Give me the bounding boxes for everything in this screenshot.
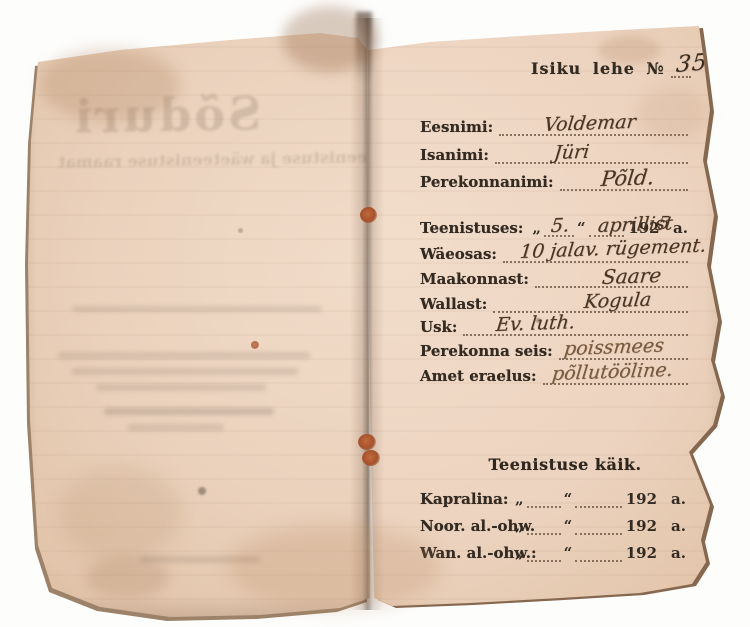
printed-open-quote: „ [512, 519, 527, 535]
rust-speck [251, 341, 259, 349]
bleedthrough-text-line [128, 424, 224, 431]
form-title: Isiku lehe № [531, 61, 665, 78]
field-label: Isanimi: [420, 148, 489, 164]
field-value-handwritten: Voldemar [543, 113, 637, 135]
paper-stain [282, 6, 378, 72]
dotted-line: poissmees [559, 334, 688, 360]
field-value-handwritten: Ev. luth. [495, 313, 576, 335]
printed-open-quote: „ [529, 221, 544, 237]
paper-stain [228, 524, 442, 610]
dotted-line [527, 536, 561, 562]
field-row-waeosas: Wäeosas: 10 jalav. rügement. [420, 239, 688, 263]
field-row-isanimi: Isanimi: Jüri [420, 140, 688, 164]
field-row-perekonnanimi: Perekonnanimi: Põld. [420, 167, 688, 191]
dotted-line: Ev. luth. [463, 310, 688, 336]
bleedthrough-text-line [104, 408, 274, 415]
paper-stain [40, 48, 180, 122]
dotted-line: Saare [535, 262, 688, 288]
printed-year: 192 [622, 492, 657, 508]
rust-staple-stain [362, 450, 380, 466]
rust-staple-stain [358, 434, 376, 450]
printed-open-quote: „ [512, 546, 527, 562]
field-value-handwritten: Jüri [553, 143, 590, 163]
field-row-maakonnast: Maakonnast: Saare [420, 264, 688, 288]
field-label: Usk: [420, 320, 457, 336]
bleedthrough-text-line [96, 384, 266, 391]
dotted-line: Põld. [560, 165, 688, 191]
dotted-line: 356. [671, 52, 691, 78]
field-label: Perekonna seis: [420, 344, 553, 360]
dotted-line [575, 536, 621, 562]
dotted-line [575, 482, 621, 508]
paper-stain [636, 88, 708, 140]
record-row-kapralina: Kapralina: „ “ 192 a. [420, 484, 686, 508]
field-label: Eesnimi: [420, 120, 493, 136]
dotted-line [527, 482, 561, 508]
center-fold-crease [350, 18, 384, 610]
printed-close-quote: “ [561, 546, 576, 562]
field-value-handwritten: poissmees [563, 337, 665, 359]
field-label: Maakonnast: [420, 272, 529, 288]
dark-speck [198, 487, 206, 495]
bleedthrough-text-line [58, 352, 310, 359]
field-value-handwritten: põllutööline. [551, 361, 674, 384]
scanned-booklet: Sõduri teenistuse ja wäeteenistuse raama… [0, 0, 750, 627]
field-label: Teenistuses: [420, 221, 523, 237]
printed-close-quote: “ [561, 519, 576, 535]
printed-close-quote: “ [561, 492, 576, 508]
bleedthrough-text-line [72, 306, 322, 312]
record-label: Noor. al.-ohw. [420, 519, 506, 535]
paper-stain [86, 556, 170, 598]
record-label: Kapralina: [420, 492, 506, 508]
printed-year: 192 [622, 546, 657, 562]
printed-close-quote: “ [574, 221, 589, 237]
record-row-noor-al-ohw: Noor. al.-ohw. „ “ 192 a. [420, 511, 686, 535]
field-value-handwritten: 10 jalav. rügement. [519, 237, 707, 262]
section-title: Teenistuse käik. [430, 455, 700, 474]
dotted-line: 5. [544, 211, 574, 237]
bleedthrough-text-line [72, 368, 298, 375]
paper-stain [598, 36, 660, 64]
dotted-line [575, 509, 621, 535]
printed-year-suffix: a. [657, 546, 686, 562]
field-row-perekonna-seis: Perekonna seis: poissmees [420, 336, 688, 360]
year-digit-handwritten: 5 [656, 215, 670, 233]
dotted-line: 10 jalav. rügement. [503, 237, 688, 263]
dark-speck [536, 318, 541, 323]
record-row-wan-al-ohw: Wan. al.-ohw.: „ “ 192 a. [420, 538, 686, 562]
printed-open-quote: „ [512, 492, 527, 508]
field-value-handwritten: Kogula [583, 291, 652, 312]
field-row-amet-eraelus: Amet eraelus: põllutööline. [420, 361, 688, 385]
field-label: Perekonnanimi: [420, 175, 554, 191]
rust-staple-stain [360, 207, 377, 223]
field-label: Wäeosas: [420, 247, 497, 263]
field-row-usk: Usk: Ev. luth. [420, 312, 688, 336]
dotted-line: aprillist [589, 211, 625, 237]
field-value-handwritten: 5. [550, 216, 570, 236]
field-value-handwritten: Põld. [600, 167, 655, 190]
field-value-handwritten: Saare [601, 265, 662, 287]
field-label: Amet eraelus: [420, 369, 537, 385]
dotted-line [527, 509, 561, 535]
dark-speck [238, 228, 243, 233]
dotted-line: Jüri [495, 138, 688, 164]
paper-stain [58, 468, 182, 560]
printed-year-suffix: a. [657, 519, 686, 535]
printed-year: 192 [622, 519, 657, 535]
dotted-line: põllutööline. [543, 359, 689, 385]
field-row-teenistuses: Teenistuses: „ 5. “ aprillist 192 5 a. [420, 213, 688, 237]
printed-year-suffix: a. [657, 492, 686, 508]
